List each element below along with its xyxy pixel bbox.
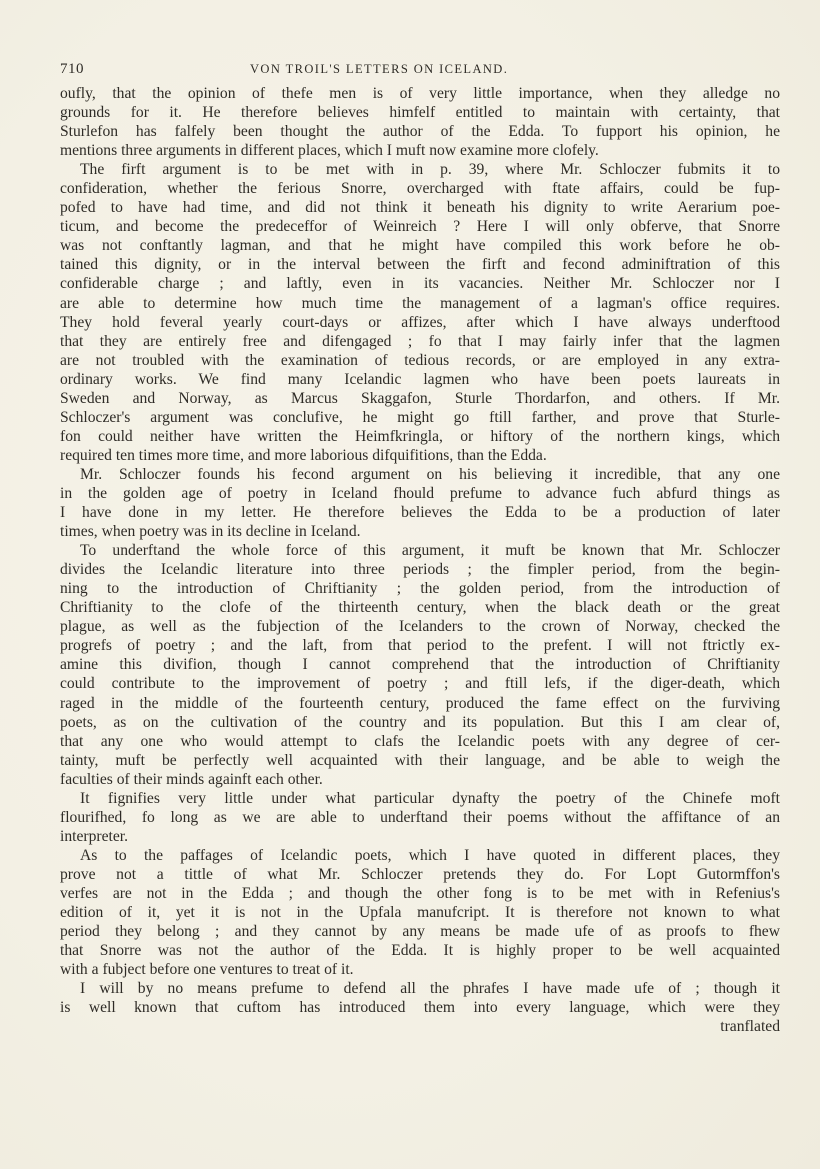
catchword: tranflated [60, 1017, 780, 1036]
text-line: Sturlefon has falfely been thought the a… [60, 122, 780, 141]
text-line: The firft argument is to be met with in … [60, 160, 780, 179]
text-line: confideration, whether the ferious Snorr… [60, 179, 780, 198]
text-line: amine this divifion, though I cannot com… [60, 655, 780, 674]
text-line: ordinary works. We find many Icelandic l… [60, 370, 780, 389]
text-line: was not conftantly lagman, and that he m… [60, 236, 780, 255]
text-line: It fignifies very little under what part… [60, 789, 780, 808]
text-line: progrefs of poetry ; and the laft, from … [60, 636, 780, 655]
text-line: could contribute to the improvement of p… [60, 674, 780, 693]
body-text: oufly, that the opinion of thefe men is … [60, 84, 780, 1036]
text-line: times, when poetry was in its decline in… [60, 522, 780, 541]
text-line: confiderable charge ; and laftly, even i… [60, 274, 780, 293]
text-line: I will by no means prefume to defend all… [60, 979, 780, 998]
text-line: To underftand the whole force of this ar… [60, 541, 780, 560]
text-line: They hold feveral yearly court-days or a… [60, 313, 780, 332]
text-line: ning to the introduction of Chriftianity… [60, 579, 780, 598]
text-line: grounds for it. He therefore believes hi… [60, 103, 780, 122]
text-line: required ten times more time, and more l… [60, 446, 780, 465]
text-line: are not troubled with the examination of… [60, 351, 780, 370]
text-line: that any one who would attempt to clafs … [60, 732, 780, 751]
text-line: ticum, and become the predeceffor of Wei… [60, 217, 780, 236]
page-number: 710 [60, 61, 84, 78]
text-line: flourifhed, fo long as we are able to un… [60, 808, 780, 827]
text-line: Sweden and Norway, as Marcus Skaggafon, … [60, 389, 780, 408]
text-line: divides the Icelandic literature into th… [60, 560, 780, 579]
text-line: interpreter. [60, 827, 780, 846]
text-line: oufly, that the opinion of thefe men is … [60, 84, 780, 103]
text-line: tained this dignity, or in the interval … [60, 255, 780, 274]
text-line: prove not a tittle of what Mr. Schloczer… [60, 865, 780, 884]
text-line: faculties of their minds againft each ot… [60, 770, 780, 789]
text-line: mentions three arguments in different pl… [60, 141, 780, 160]
text-line: in the golden age of poetry in Iceland f… [60, 484, 780, 503]
text-line: with a fubject before one ventures to tr… [60, 960, 780, 979]
text-line: period they belong ; and they cannot by … [60, 922, 780, 941]
running-head: 710 VON TROIL'S LETTERS ON ICELAND. [60, 61, 780, 81]
text-line: raged in the middle of the fourteenth ce… [60, 694, 780, 713]
text-line: pofed to have had time, and did not thin… [60, 198, 780, 217]
text-line: is well known that cuftom has introduced… [60, 998, 780, 1017]
text-line: fon could neither have written the Heimf… [60, 427, 780, 446]
text-line: verfes are not in the Edda ; and though … [60, 884, 780, 903]
text-line: Schloczer's argument was conclufive, he … [60, 408, 780, 427]
text-line: edition of it, yet it is not in the Upfa… [60, 903, 780, 922]
text-line: tainty, muft be perfectly well acquainte… [60, 751, 780, 770]
text-line: I have done in my letter. He therefore b… [60, 503, 780, 522]
text-line: that they are entirely free and difengag… [60, 332, 780, 351]
text-line: plague, as well as the fubjection of the… [60, 617, 780, 636]
text-line: Chriftianity to the clofe of the thirtee… [60, 598, 780, 617]
text-line: As to the paffages of Icelandic poets, w… [60, 846, 780, 865]
text-line: Mr. Schloczer founds his fecond argument… [60, 465, 780, 484]
text-line: poets, as on the cultivation of the coun… [60, 713, 780, 732]
text-line: that Snorre was not the author of the Ed… [60, 941, 780, 960]
running-title: VON TROIL'S LETTERS ON ICELAND. [250, 62, 508, 77]
book-page: 710 VON TROIL'S LETTERS ON ICELAND. oufl… [0, 0, 820, 1169]
text-line: are able to determine how much time the … [60, 294, 780, 313]
